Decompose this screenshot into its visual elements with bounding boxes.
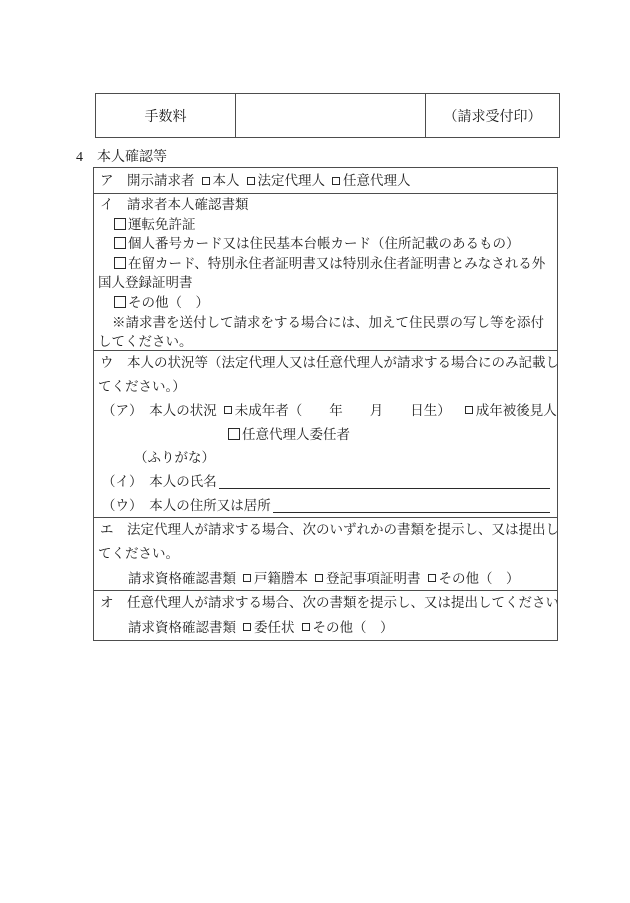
option-ininjo-label: 委任状	[254, 620, 295, 635]
row-e-title-line1: エ 法定代理人が請求する場合、次のいずれかの書類を提示し、又は提出し	[94, 518, 557, 542]
item-drivers-license: 運転免許証	[94, 215, 557, 235]
option-miseinensha-label: 未成年者（ 年 月 日生）	[235, 403, 451, 418]
option-honnin: 本人	[202, 173, 240, 188]
checkbox-miseinensha-icon	[224, 406, 232, 414]
option-koseki-tohon: 戸籍謄本	[243, 571, 308, 586]
document-page: 手数料 （請求受付印） 4 本人確認等 ア 開示請求者本人法定代理人任意代理人 …	[0, 0, 630, 903]
row-e-docs-label: 請求資格確認書類	[128, 571, 236, 586]
row-o-docs-line: 請求資格確認書類委任状その他（ ）	[94, 616, 557, 641]
option-row-e-sonota-label: その他（ ）	[439, 571, 520, 586]
option-row-o-sonota: その他（ ）	[302, 620, 394, 635]
mailing-note-line1: ※請求書を送付して請求をする場合には、加えて住民票の写し等を添付	[94, 313, 557, 333]
row-e-title-line2: てください。	[94, 542, 557, 566]
item-residence-card: 在留カード、特別永住者証明書又は特別永住者証明書とみなされる外	[94, 254, 557, 274]
checkbox-untenmenkyosho-icon	[114, 218, 126, 230]
item-other: その他（ ）	[94, 293, 557, 313]
option-nini-dairinin-label: 任意代理人	[343, 173, 411, 188]
item-mynumber-card-label: 個人番号カード又は住民基本台帳カード（住所記載のあるもの）	[128, 236, 520, 251]
option-nini-dairinin-ininsha: 任意代理人委任者	[94, 423, 557, 447]
row-e-docs-line: 請求資格確認書類戸籍謄本登記事項証明書その他（ ）	[94, 567, 557, 591]
row-voluntary-representative: オ 任意代理人が請求する場合、次の書類を提示し、又は提出してください。 請求資格…	[94, 591, 557, 640]
principal-address-line: （ウ） 本人の住所又は居所	[94, 494, 557, 518]
checkbox-nini-dairinin-icon	[332, 177, 340, 185]
item-drivers-license-label: 運転免許証	[128, 217, 196, 232]
checkbox-row-e-sonota-icon	[428, 574, 436, 582]
checkbox-row-o-sonota-icon	[302, 623, 310, 631]
checkbox-toki-jiko-shomeisho-icon	[315, 574, 323, 582]
fee-label: 手数料	[145, 106, 187, 126]
identity-verification-table: ア 開示請求者本人法定代理人任意代理人 イ 請求者本人確認書類 運転免許証 個人…	[93, 167, 558, 641]
option-toki-jiko-shomeisho-label: 登記事項証明書	[326, 571, 421, 586]
reception-stamp-label: （請求受付印）	[444, 106, 542, 126]
row-u-title-line2: てください。）	[94, 375, 557, 399]
item-mynumber-card: 個人番号カード又は住民基本台帳カード（住所記載のあるもの）	[94, 234, 557, 254]
option-koseki-tohon-label: 戸籍謄本	[254, 571, 308, 586]
checkbox-nini-dairinin-ininsha-icon	[228, 428, 240, 440]
option-toki-jiko-shomeisho: 登記事項証明書	[315, 571, 421, 586]
principal-address-blank-line	[273, 512, 550, 513]
principal-address-label: （ウ） 本人の住所又は居所	[102, 494, 271, 518]
option-nini-dairinin-ininsha-label: 任意代理人委任者	[242, 427, 350, 442]
row-i-title: イ 請求者本人確認書類	[94, 195, 557, 215]
checkbox-seinen-hikokennin-icon	[465, 406, 473, 414]
disclosure-requester-line: ア 開示請求者本人法定代理人任意代理人	[94, 168, 557, 193]
checkbox-hotei-dairinin-icon	[247, 177, 255, 185]
checkbox-kojinbango-card-icon	[114, 237, 126, 249]
checkbox-koseki-tohon-icon	[243, 574, 251, 582]
option-hotei-dairinin: 法定代理人	[247, 173, 326, 188]
row-identity-documents: イ 請求者本人確認書類 運転免許証 個人番号カード又は住民基本台帳カード（住所記…	[94, 194, 557, 351]
fee-table: 手数料 （請求受付印）	[95, 93, 560, 138]
reception-stamp-cell: （請求受付印）	[426, 94, 559, 137]
option-seinen-hikokennin-label: 成年被後見人	[476, 403, 557, 418]
checkbox-ininjo-icon	[243, 623, 251, 631]
principal-status-line: （ア） 本人の状況未成年者（ 年 月 日生）成年被後見人	[94, 399, 557, 423]
fee-label-cell: 手数料	[96, 94, 236, 137]
principal-name-line: （イ） 本人の氏名	[94, 470, 557, 494]
furigana-label: （ふりがな）	[94, 446, 557, 470]
row-principal-status: ウ 本人の状況等（法定代理人又は任意代理人が請求する場合にのみ記載し てください…	[94, 351, 557, 518]
principal-name-blank-line	[219, 488, 550, 489]
checkbox-honnin-icon	[202, 177, 210, 185]
row-o-docs-label: 請求資格確認書類	[128, 620, 236, 635]
checkbox-sonota-icon	[114, 296, 126, 308]
option-row-o-sonota-label: その他（ ）	[313, 620, 394, 635]
item-other-label: その他（ ）	[128, 295, 209, 310]
principal-status-label: （ア） 本人の状況	[102, 403, 217, 418]
section-heading: 4 本人確認等	[76, 146, 167, 166]
row-u-title-line1: ウ 本人の状況等（法定代理人又は任意代理人が請求する場合にのみ記載し	[94, 351, 557, 375]
principal-name-label: （イ） 本人の氏名	[102, 470, 217, 494]
row-legal-representative: エ 法定代理人が請求する場合、次のいずれかの書類を提示し、又は提出し てください…	[94, 518, 557, 591]
item-residence-card-label-line1: 在留カード、特別永住者証明書又は特別永住者証明書とみなされる外	[128, 256, 545, 271]
mailing-note-line2: してください。	[94, 332, 557, 351]
option-hotei-dairinin-label: 法定代理人	[258, 173, 326, 188]
row-a-label: ア 開示請求者	[100, 173, 195, 188]
row-disclosure-requester: ア 開示請求者本人法定代理人任意代理人	[94, 168, 557, 194]
option-row-e-sonota: その他（ ）	[428, 571, 520, 586]
fee-value-cell	[236, 94, 426, 137]
option-honnin-label: 本人	[213, 173, 240, 188]
option-seinen-hikokennin: 成年被後見人	[465, 403, 557, 418]
option-miseinensha: 未成年者（ 年 月 日生）	[224, 403, 451, 418]
checkbox-zairyu-card-icon	[114, 257, 126, 269]
item-residence-card-continuation: 国人登録証明書	[94, 273, 557, 293]
option-ininjo: 委任状	[243, 620, 295, 635]
row-o-title: オ 任意代理人が請求する場合、次の書類を提示し、又は提出してください。	[94, 591, 557, 616]
option-nini-dairinin: 任意代理人	[332, 173, 411, 188]
